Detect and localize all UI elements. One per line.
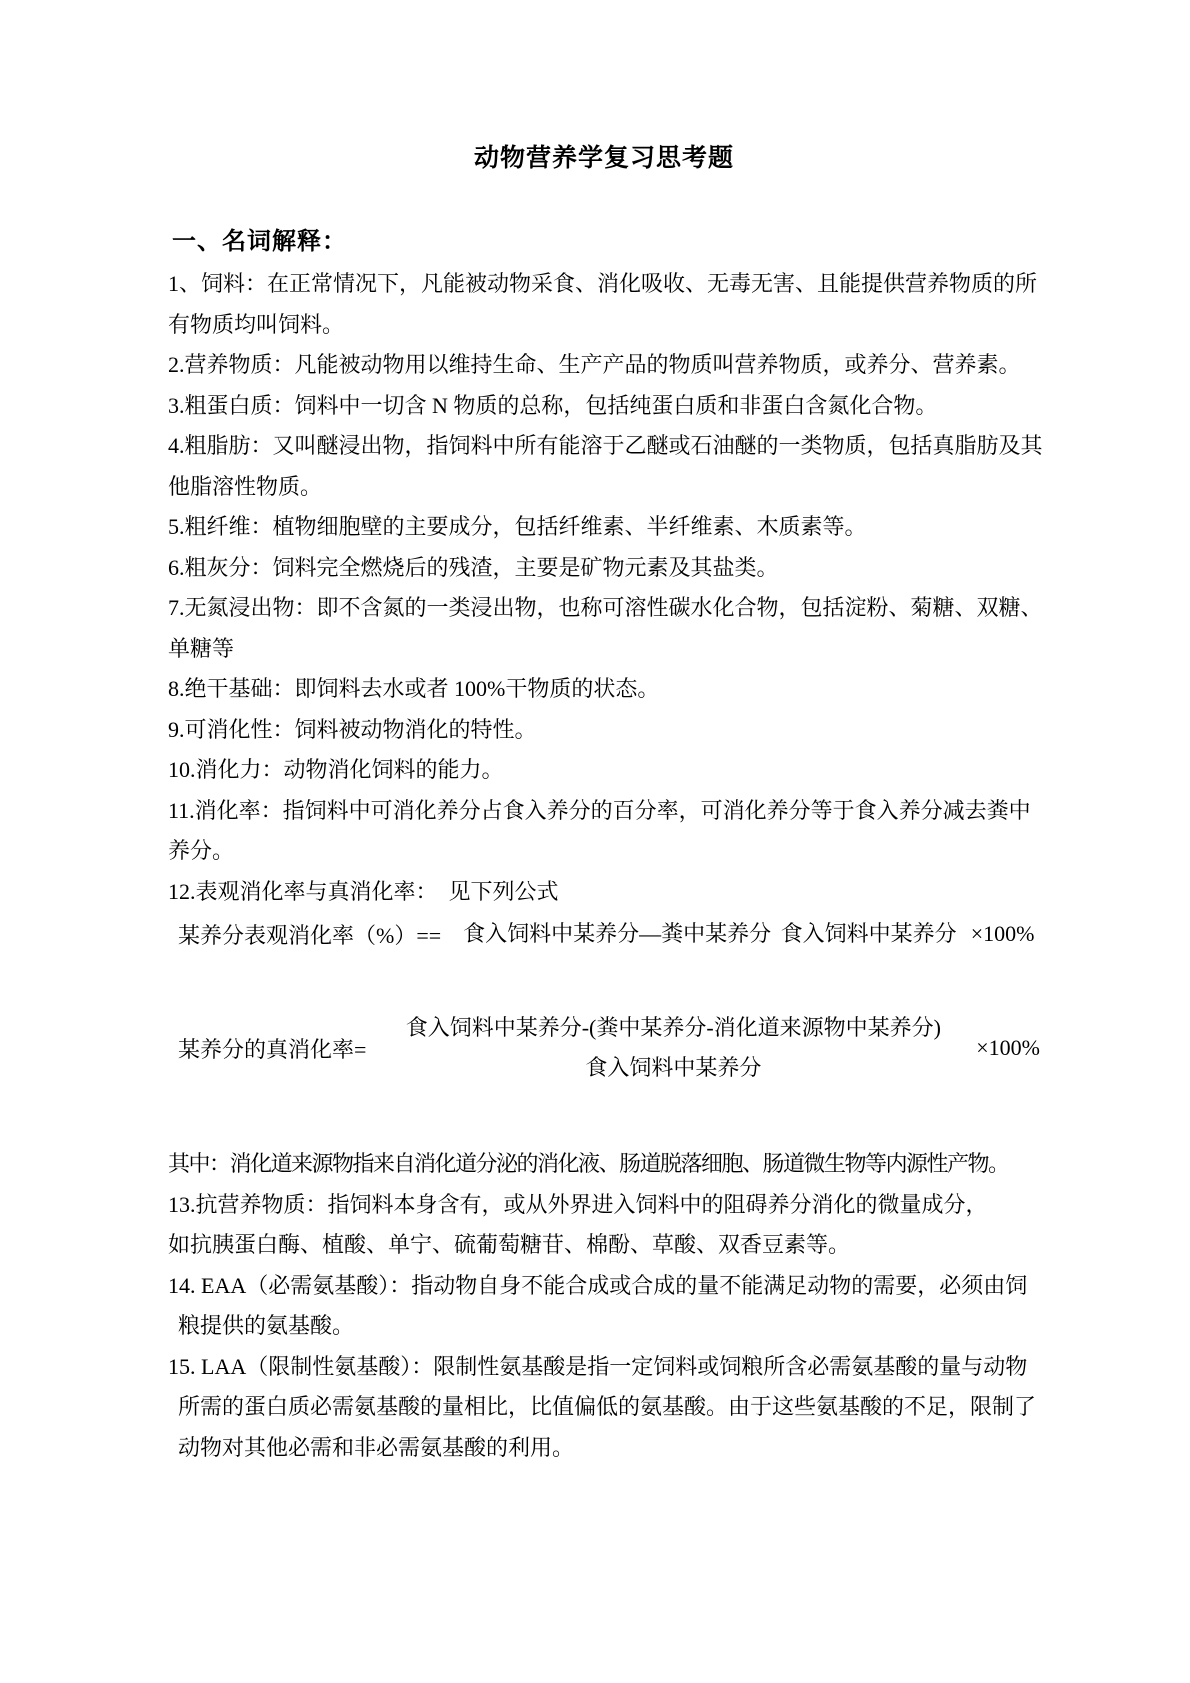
definition-line: 养分。 [168,831,1040,872]
definition-line: 1、饲料：在正常情况下，凡能被动物采食、消化吸收、无毒无害、且能提供营养物质的所 [168,264,1040,305]
definition-line: 3.粗蛋白质：饲料中一切含 N 物质的总称，包括纯蛋白质和非蛋白含氮化合物。 [168,386,1040,427]
definition-line: 8.绝干基础：即饲料去水或者 100%干物质的状态。 [168,669,1040,710]
definition-line: 15. LAA（限制性氨基酸）：限制性氨基酸是指一定饲料或饲粮所含必需氨基酸的量… [168,1347,1040,1388]
definition-line: 6.粗灰分：饲料完全燃烧后的残渣，主要是矿物元素及其盐类。 [168,548,1040,589]
definition-line: 10.消化力：动物消化饲料的能力。 [168,750,1040,791]
definition-line: 4.粗脂肪：又叫醚浸出物，指饲料中所有能溶于乙醚或石油醚的一类物质，包括真脂肪及… [168,426,1040,467]
formula-numerator: 食入饲料中某养分—粪中某养分 [459,921,775,952]
definition-line: 粮提供的氨基酸。 [178,1306,1040,1347]
formula-multiplier: ×100% [976,1035,1040,1061]
definition-line: 单糖等 [168,629,1040,670]
note-line: 其中：消化道来源物指来自消化道分泌的消化液、肠道脱落细胞、肠道微生物等内源性产物… [168,1144,1040,1185]
definition-line: 7.无氮浸出物：即不含氮的一类浸出物，也称可溶性碳水化合物，包括淀粉、菊糖、双糖… [168,588,1040,629]
definition-line: 所需的蛋白质必需氨基酸的量相比，比值偏低的氨基酸。由于这些氨基酸的不足，限制了 [178,1387,1040,1428]
definition-line: 他脂溶性物质。 [168,467,1040,508]
definition-line: 有物质均叫饲料。 [168,305,1040,346]
closing-block: 其中：消化道来源物指来自消化道分泌的消化液、肠道脱落细胞、肠道微生物等内源性产物… [168,1144,1040,1468]
formula-fraction: 食入饲料中某养分—粪中某养分 食入饲料中某养分 [459,914,957,954]
apparent-digestibility-formula: 某养分表观消化率（%）== 食入饲料中某养分—粪中某养分 食入饲料中某养分 ×1… [178,914,1040,954]
definition-line: 如抗胰蛋白酶、植酸、单宁、硫葡萄糖苷、棉酚、草酸、双香豆素等。 [168,1225,1040,1266]
definition-line: 9.可消化性：饲料被动物消化的特性。 [168,710,1040,751]
definition-line: 2.营养物质：凡能被动物用以维持生命、生产产品的物质叫营养物质，或养分、营养素。 [168,345,1040,386]
definition-line: 动物对其他必需和非必需氨基酸的利用。 [178,1428,1040,1469]
formula-denominator: 食入饲料中某养分 [585,1049,761,1080]
formula-label: 某养分的真消化率= [178,1033,366,1064]
definition-line: 11.消化率：指饲料中可消化养分占食入养分的百分率，可消化养分等于食入养分减去粪… [168,791,1040,832]
definition-line: 13.抗营养物质：指饲料本身含有，或从外界进入饲料中的阻碍养分消化的微量成分， [168,1185,1040,1226]
document-page: 动物营养学复习思考题 一、名词解释： 1、饲料：在正常情况下，凡能被动物采食、消… [0,0,1190,1683]
formula-label: 某养分表观消化率（%）== [178,919,441,950]
definition-line: 14. EAA（必需氨基酸）：指动物自身不能合成或合成的量不能满足动物的需要，必… [168,1266,1040,1307]
formula-multiplier: ×100% [971,921,1035,947]
definitions-block: 1、饲料：在正常情况下，凡能被动物采食、消化吸收、无毒无害、且能提供营养物质的所… [168,264,1040,912]
page-title: 动物营养学复习思考题 [168,142,1040,174]
formula-numerator: 食入饲料中某养分-(粪中某养分-消化道来源物中某养分) [402,1015,945,1046]
definition-line: 12.表观消化率与真消化率： 见下列公式 [168,872,1040,913]
definition-line: 5.粗纤维：植物细胞壁的主要成分，包括纤维素、半纤维素、木质素等。 [168,507,1040,548]
true-digestibility-formula: 某养分的真消化率= 食入饲料中某养分-(粪中某养分-消化道来源物中某养分) 食入… [178,1008,1040,1088]
formula-denominator: 食入饲料中某养分 [781,915,957,946]
formula-fraction: 食入饲料中某养分-(粪中某养分-消化道来源物中某养分) 食入饲料中某养分 [384,1008,962,1088]
document-content: 动物营养学复习思考题 一、名词解释： 1、饲料：在正常情况下，凡能被动物采食、消… [0,0,1190,1468]
section-heading: 一、名词解释： [172,224,1040,260]
